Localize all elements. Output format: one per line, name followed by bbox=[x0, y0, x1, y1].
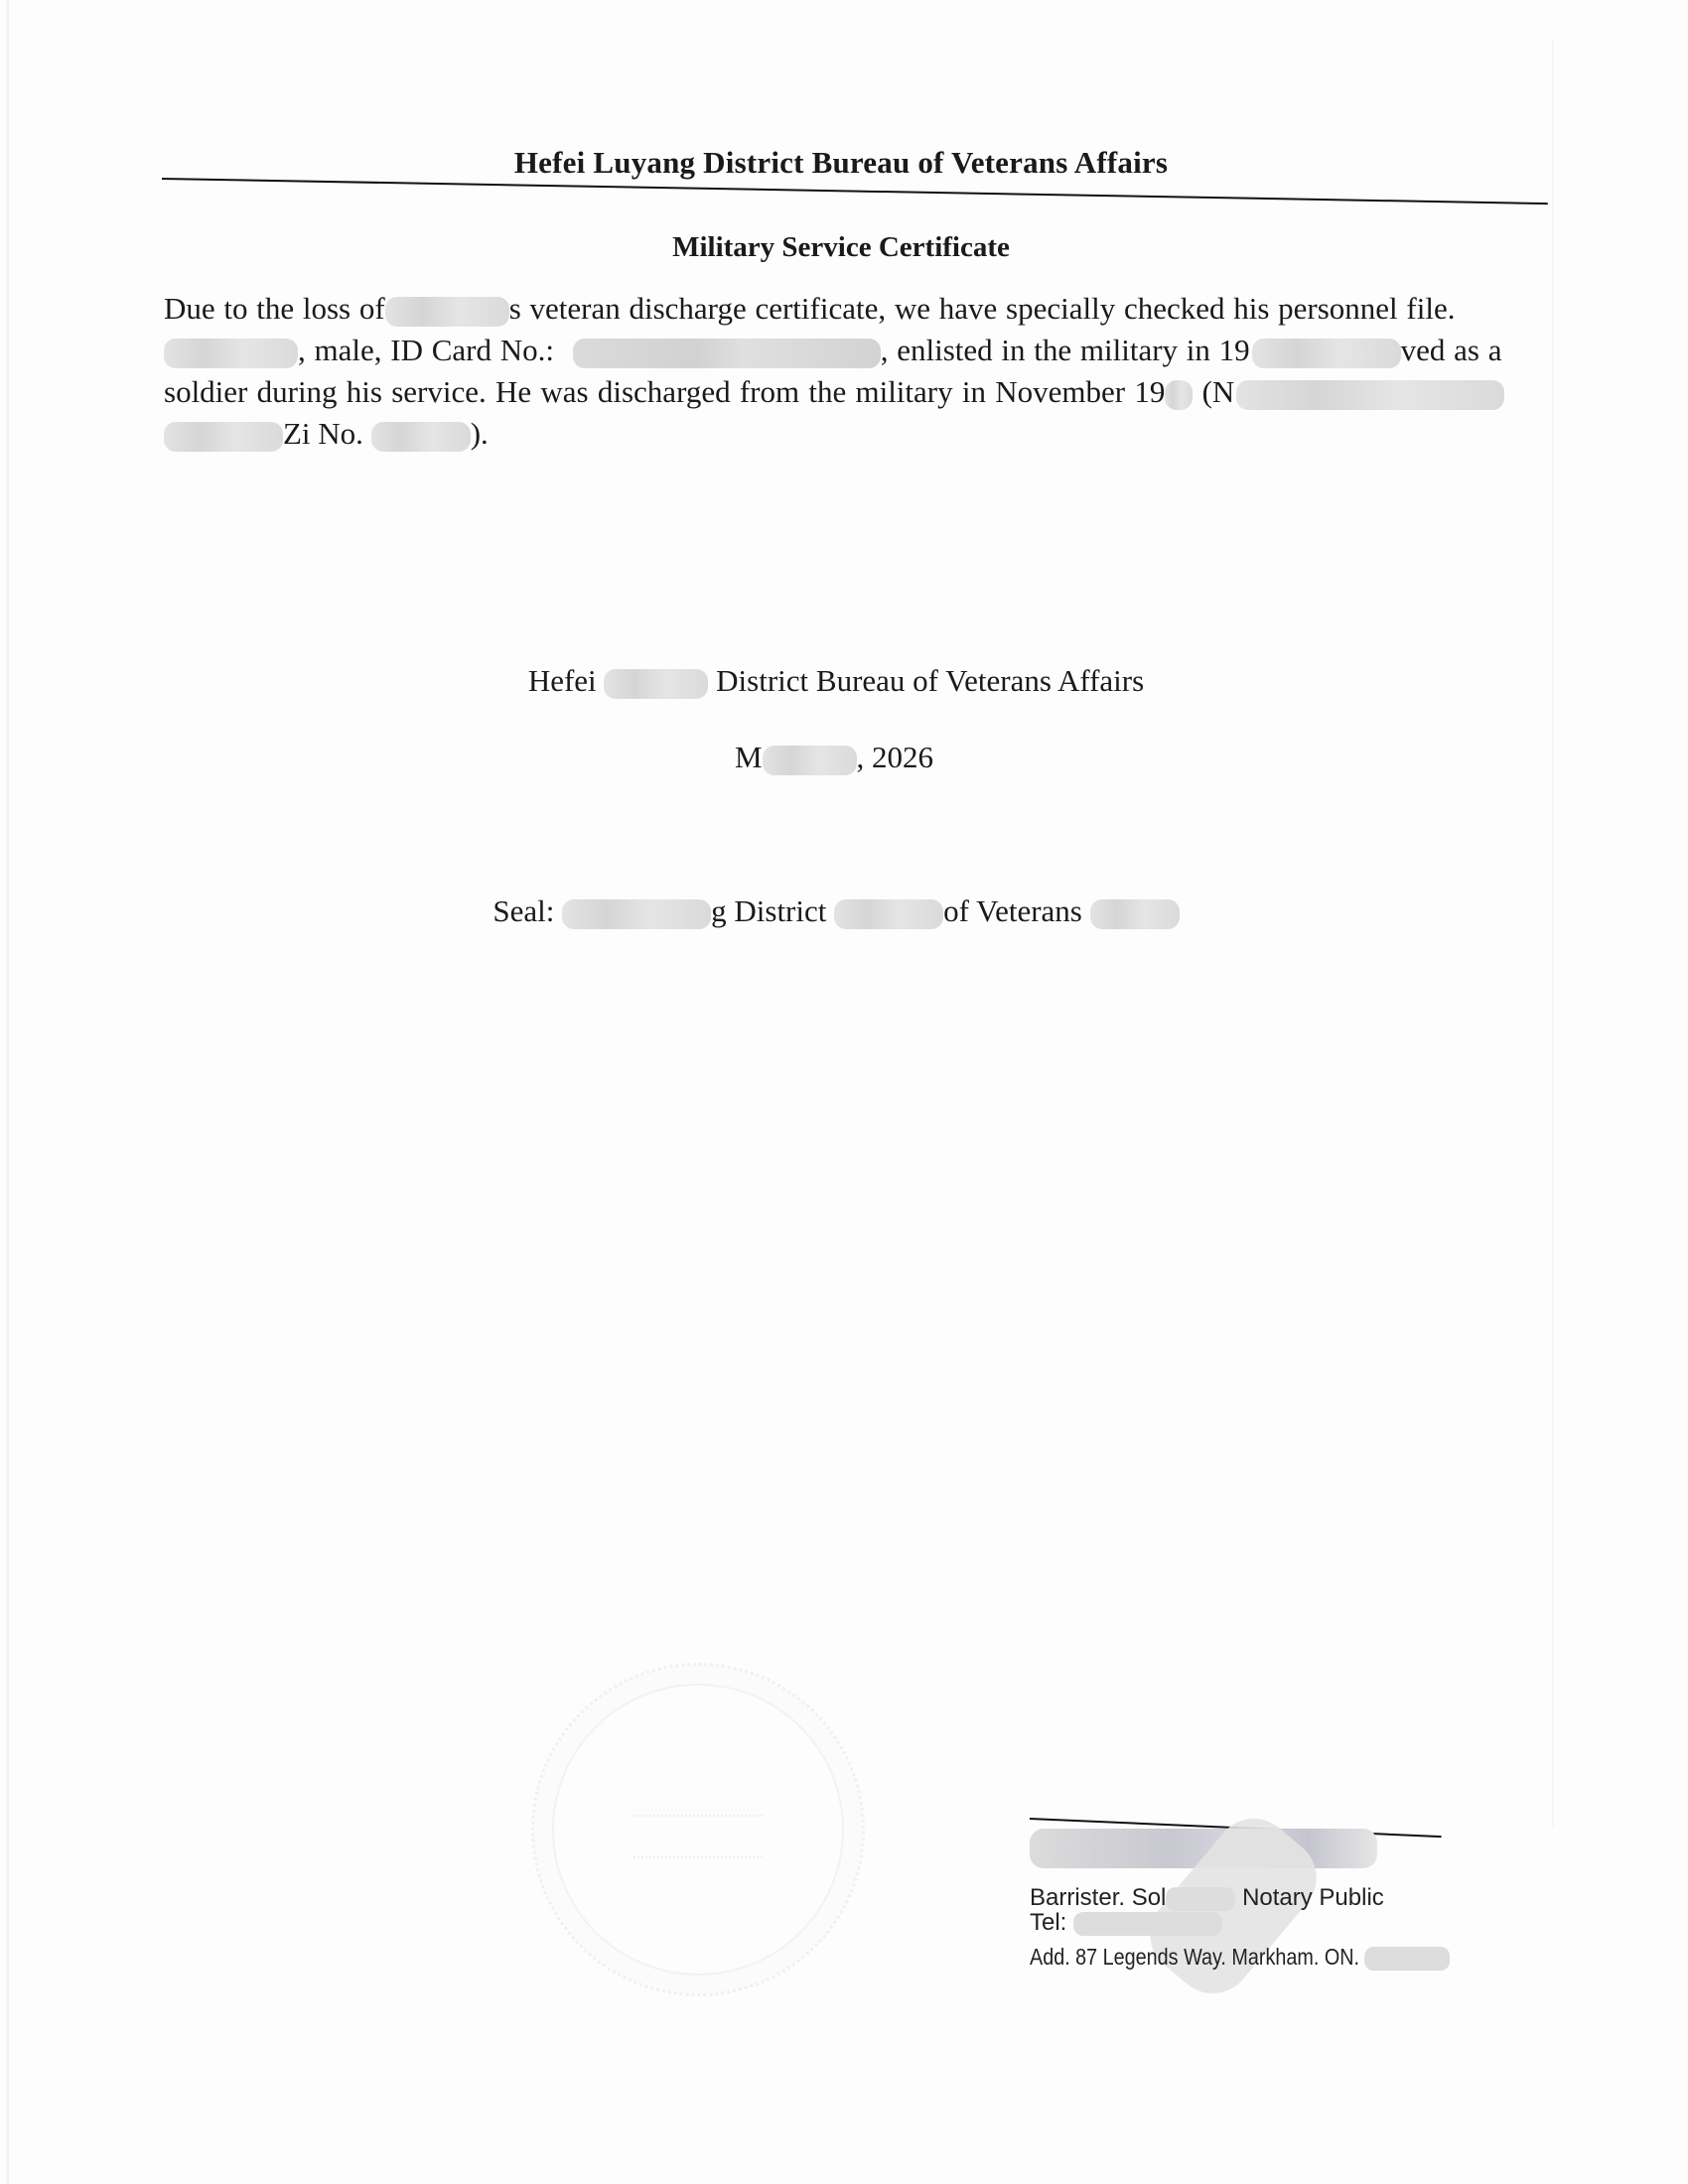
redacted-date bbox=[763, 746, 857, 775]
redacted-text bbox=[164, 422, 283, 452]
issuer-line: Hefei District Bureau of Veterans Affair… bbox=[0, 663, 1680, 699]
body-text: , enlisted in the military in 19 bbox=[881, 333, 1250, 367]
redacted-number bbox=[371, 422, 471, 452]
scan-edge-left bbox=[6, 0, 9, 2184]
redacted-text bbox=[1090, 899, 1180, 929]
notary-address: Add. 87 Legends Way. Markham. ON. bbox=[1030, 1944, 1451, 1971]
redacted-postal-code bbox=[1365, 1947, 1451, 1971]
body-line-4: Zi No. ). bbox=[164, 413, 489, 455]
body-line-1: Due to the loss ofs veteran discharge ce… bbox=[164, 288, 1455, 330]
document-title: Military Service Certificate bbox=[0, 231, 1685, 264]
address-text: Add. 87 Legends Way. Markham. ON. bbox=[1030, 1944, 1359, 1970]
issue-date: M, 2026 bbox=[0, 740, 1678, 775]
body-line-3: soldier during his service. He was disch… bbox=[164, 371, 1504, 413]
notary-role-suffix: Notary Public bbox=[1242, 1884, 1384, 1911]
redacted-discharge-number bbox=[1236, 380, 1504, 410]
seal-text: g District bbox=[711, 893, 826, 928]
issuer-prefix: Hefei bbox=[528, 663, 597, 698]
seal-text: of Veterans bbox=[943, 893, 1082, 928]
body-text: , male, ID Card No.: bbox=[298, 333, 554, 367]
body-text: ). bbox=[471, 416, 489, 451]
redacted-year bbox=[1252, 339, 1401, 368]
redacted-name bbox=[164, 339, 298, 368]
issuer-suffix: District Bureau of Veterans Affairs bbox=[716, 663, 1144, 698]
redacted-text bbox=[562, 899, 711, 929]
tel-label: Tel: bbox=[1030, 1909, 1066, 1936]
redacted-district bbox=[604, 669, 708, 699]
notary-role: Barrister. Sol Notary Public bbox=[1030, 1884, 1384, 1912]
redacted-year bbox=[1165, 380, 1193, 410]
scan-edge-right bbox=[1552, 40, 1554, 1827]
body-text: (N bbox=[1202, 374, 1235, 409]
seal-line: Seal: g District of Veterans bbox=[0, 893, 1680, 929]
redacted-phone bbox=[1073, 1912, 1222, 1936]
body-text: Due to the loss of bbox=[164, 291, 385, 326]
body-text: ved as a bbox=[1401, 333, 1502, 367]
body-line-2: , male, ID Card No.: , enlisted in the m… bbox=[164, 330, 1501, 371]
body-text: s veteran discharge certificate, we have… bbox=[509, 291, 1456, 326]
redacted-id-number bbox=[573, 339, 881, 368]
letterhead-organization: Hefei Luyang District Bureau of Veterans… bbox=[0, 145, 1685, 181]
embossed-seal-icon bbox=[531, 1663, 865, 1996]
redacted-name bbox=[385, 297, 509, 327]
redacted-text bbox=[1166, 1887, 1235, 1911]
notary-role-prefix: Barrister. Sol bbox=[1030, 1884, 1166, 1911]
body-text: Zi No. bbox=[283, 416, 363, 451]
date-suffix: , 2026 bbox=[857, 740, 934, 774]
letterhead-rule bbox=[162, 178, 1548, 205]
date-prefix: M bbox=[735, 740, 763, 774]
seal-prefix: Seal: bbox=[492, 893, 554, 928]
body-text: soldier during his service. He was disch… bbox=[164, 374, 1165, 409]
notary-telephone: Tel: bbox=[1030, 1909, 1222, 1937]
seal-inner-emblem bbox=[633, 1815, 763, 1858]
redacted-text bbox=[834, 899, 943, 929]
